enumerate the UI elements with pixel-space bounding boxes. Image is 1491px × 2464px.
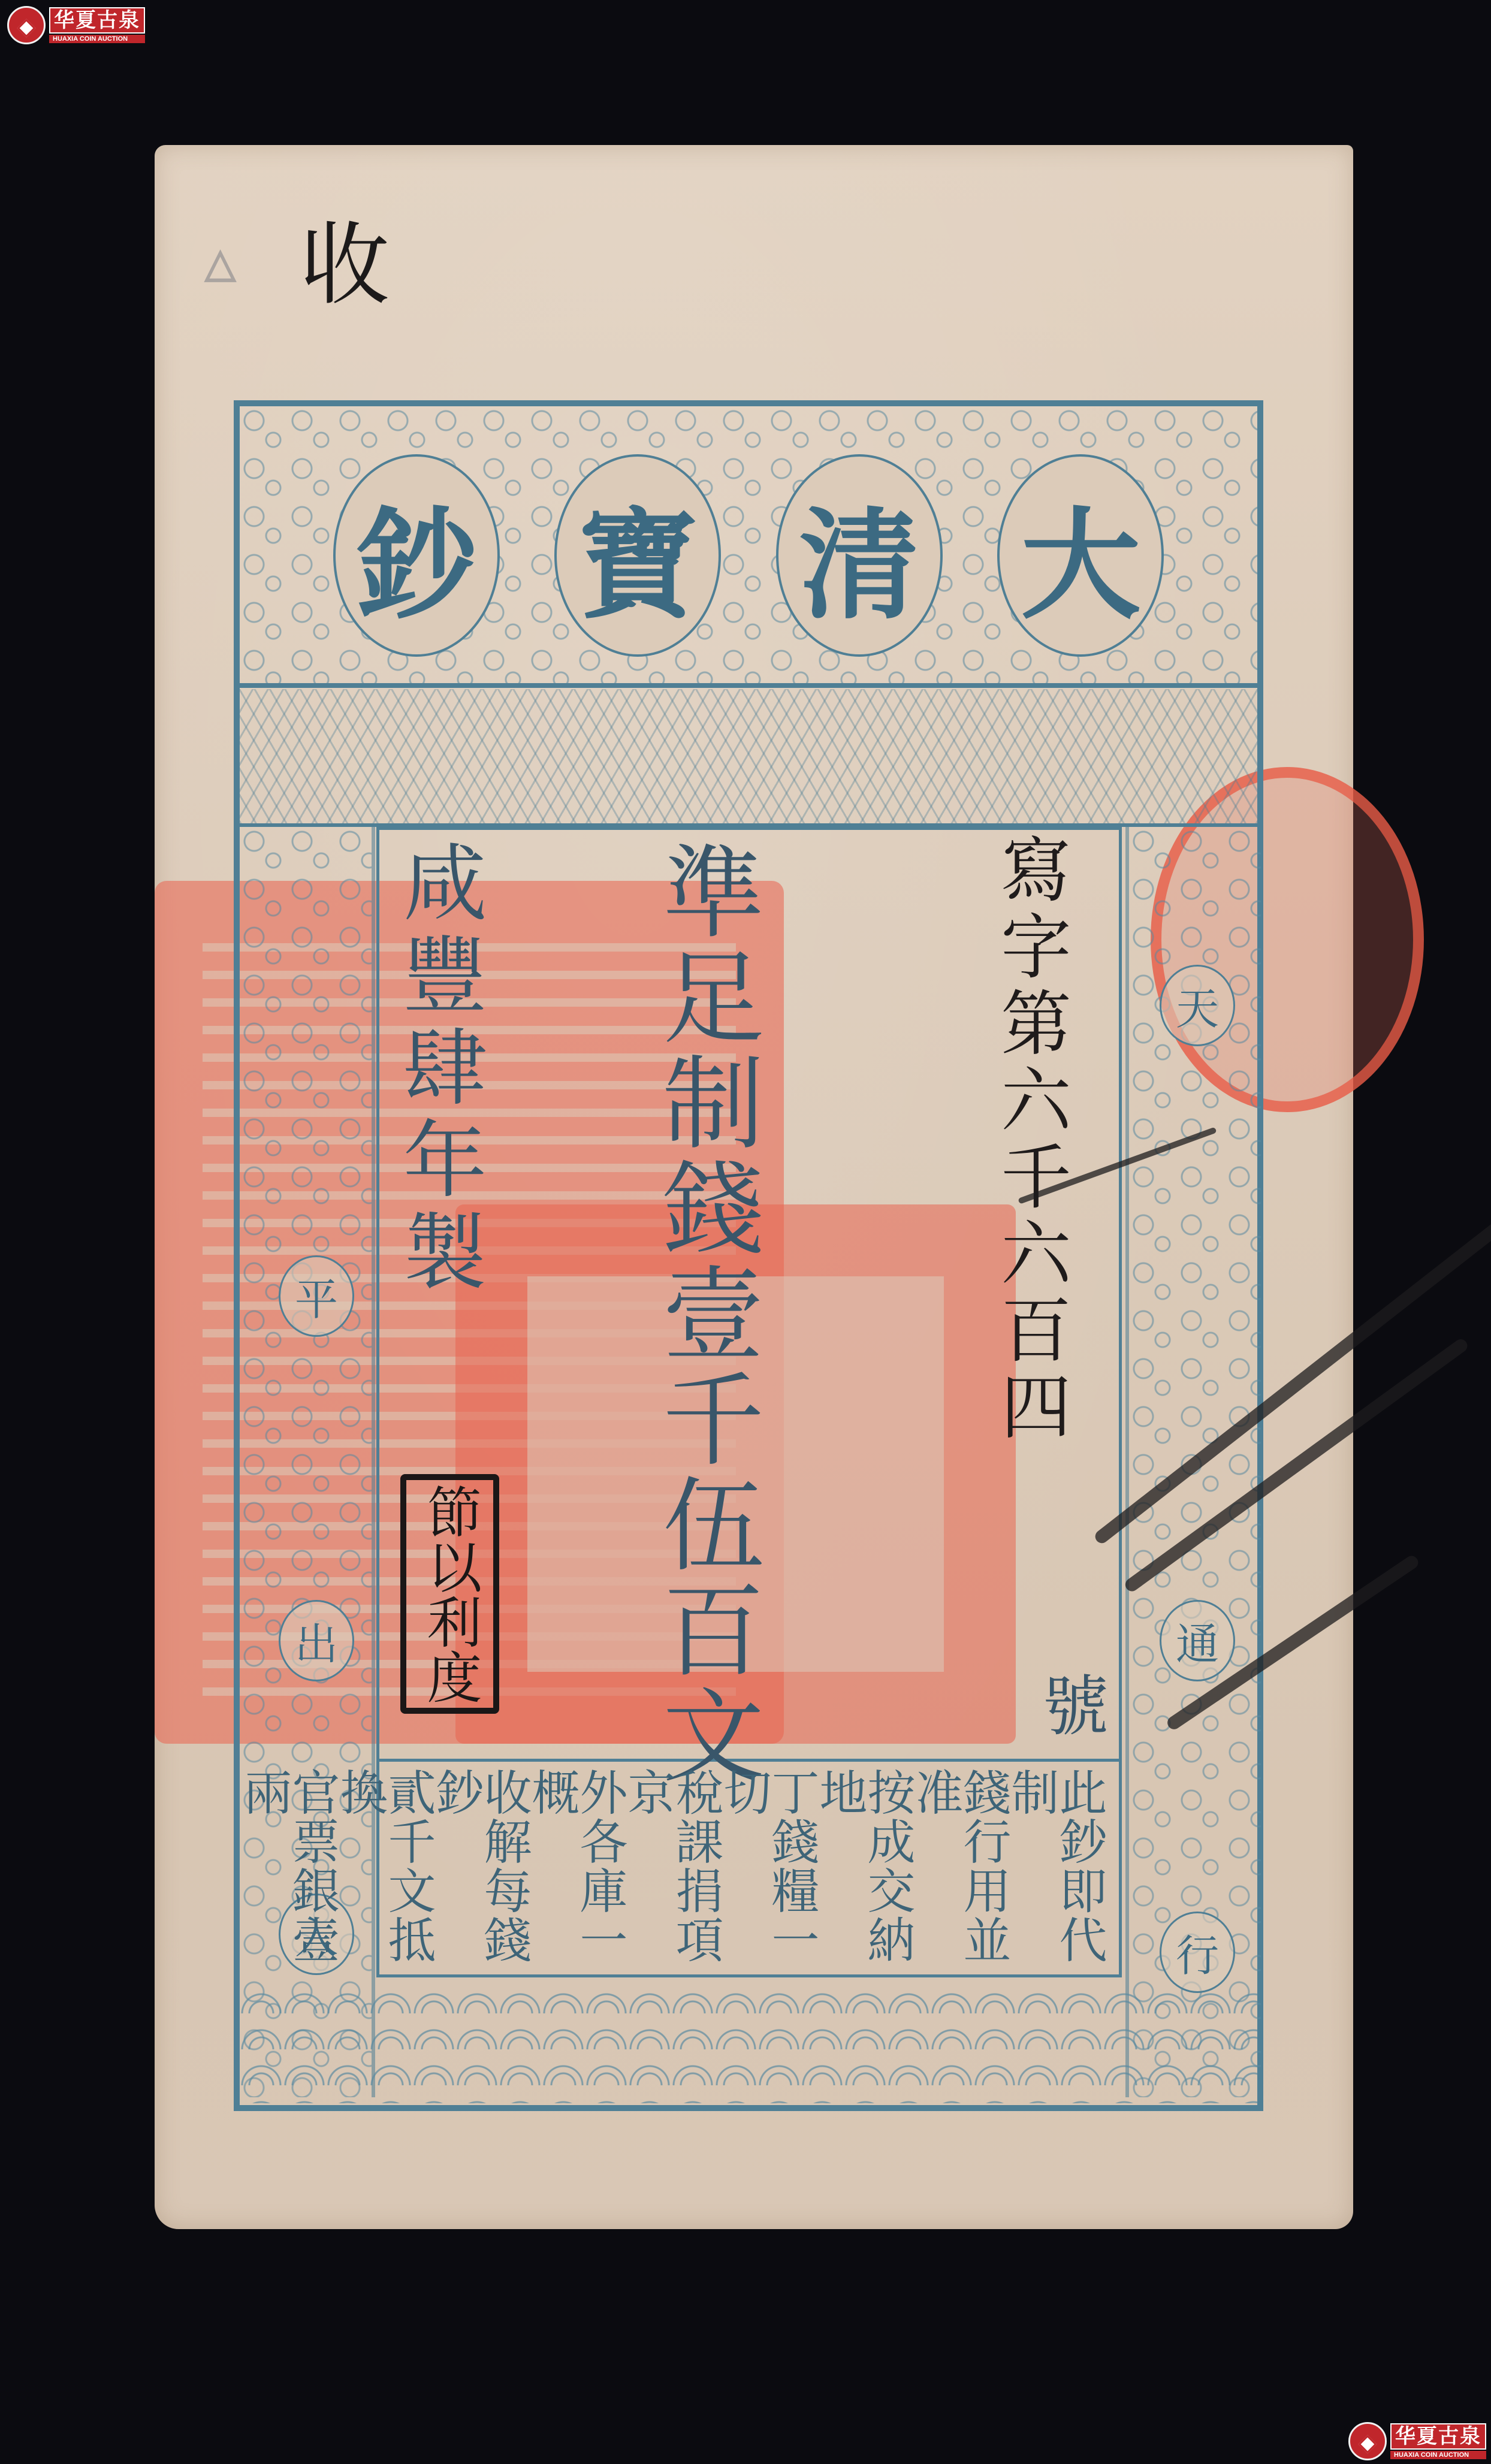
twin-dragon-band — [240, 689, 1257, 827]
title-char: 大 — [997, 454, 1164, 657]
regulation-line: 貳千文抵換 — [336, 1768, 431, 1965]
brand-name-cn: 华夏古泉 — [1390, 2423, 1486, 2450]
regulation-line: 此鈔即代制 — [1007, 1768, 1103, 1965]
regulation-line: 錢行用並准 — [911, 1768, 1007, 1965]
dragon-coin-icon — [1348, 2422, 1387, 2460]
right-medallion-1: 天 — [1160, 965, 1235, 1046]
brand-name-cn: 华夏古泉 — [49, 7, 145, 34]
issue-date-text: 咸豐肆年製 — [396, 839, 479, 1300]
note-title: 大 清 寶 鈔 — [240, 454, 1257, 658]
number-mark: 號 — [1043, 1654, 1109, 1749]
regulation-line: 稅課捐項京 — [623, 1768, 719, 1965]
left-medallion-1: 平 — [279, 1255, 354, 1337]
dragon-coin-icon — [7, 6, 46, 44]
title-char: 清 — [776, 454, 943, 657]
regulation-text: 此鈔即代制 錢行用並准 按成交納地 丁錢糧一切 稅課捐項京 外各庫一概 收解每錢… — [390, 1768, 1115, 1965]
regulation-line: 按成交納地 — [815, 1768, 911, 1965]
regulation-line: 丁錢糧一切 — [719, 1768, 815, 1965]
watermark-logo-bottom: 华夏古泉 HUAXIA COIN AUCTION — [1348, 2422, 1486, 2460]
handwritten-receipt-mark: 收 — [300, 221, 390, 310]
right-medallion-2: 通 — [1160, 1600, 1235, 1681]
regulation-line: 官票銀壹兩 — [240, 1768, 336, 1965]
regulation-line: 收解每錢鈔 — [431, 1768, 527, 1965]
black-seal-stamp: 節以利度 — [400, 1474, 499, 1714]
dragon-scales-icon — [240, 689, 1257, 823]
brand-name-en: HUAXIA COIN AUCTION — [49, 35, 145, 43]
denomination-text: 準足制錢壹千伍百文 — [653, 839, 755, 1788]
faint-ink-bleed: ▵ — [204, 222, 237, 298]
title-band: 大 清 寶 鈔 — [240, 406, 1257, 688]
watermark-logo-top: 华夏古泉 HUAXIA COIN AUCTION — [7, 6, 145, 44]
regulation-line: 外各庫一概 — [527, 1768, 623, 1965]
title-char: 鈔 — [333, 454, 500, 657]
serial-number-text: 寫字第六千六百四 — [995, 833, 1066, 1447]
brand-name-en: HUAXIA COIN AUCTION — [1390, 2451, 1486, 2459]
sea-wave-border — [240, 1977, 1257, 2103]
left-medallion-2: 出 — [279, 1600, 354, 1681]
title-char: 寶 — [554, 454, 721, 657]
